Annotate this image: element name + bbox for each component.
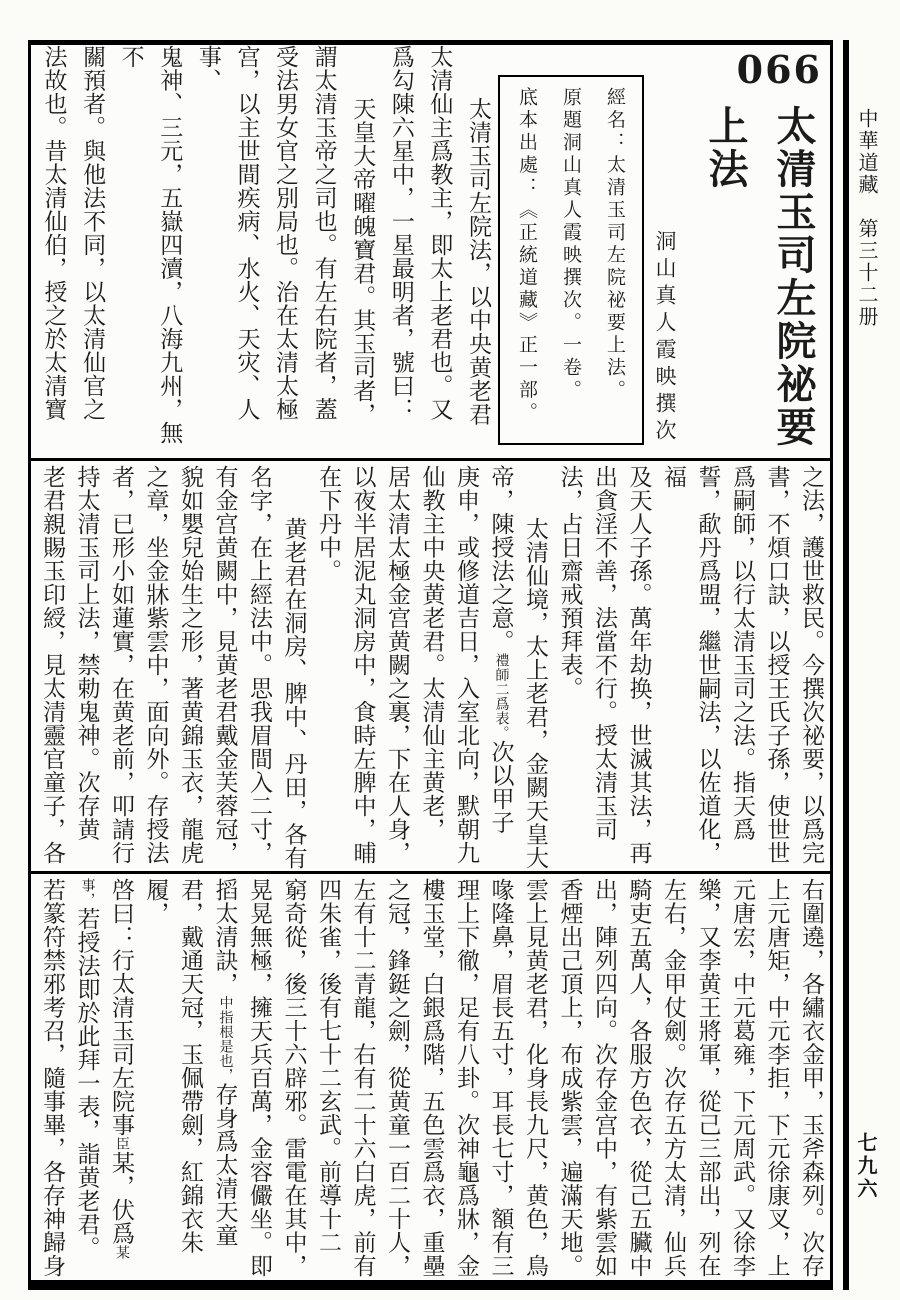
text-column: 之章，坐金牀紫雲中，面向外。存授法	[138, 465, 173, 871]
outer-border-bar	[843, 40, 849, 1290]
text-column: 君，戴通天冠，玉佩帶劍，紅錦衣朱履，	[138, 878, 207, 1280]
text-column: 者，已形小如蓮實，在黄老前，叩請行	[104, 465, 139, 871]
page-frame: 066 太清玉司左院祕要 上法 洞山真人霞映撰次 經名：太清玉司左院祕要上法。 …	[28, 40, 833, 1290]
text-column: 之冠，鋒鋌之劍，從黄童一百二十人，	[380, 878, 415, 1280]
text-column: 爲嗣師，以行太清玉司之法。指天爲	[725, 465, 760, 871]
text-column: 中。夜半至早時，黄老君在洞房，午時	[33, 878, 35, 1280]
text-column: 啓曰：行太清玉司左院事臣某，伏爲某	[104, 878, 139, 1280]
text-column: 書，不煩口訣，以授王氏子孫，使世世	[759, 465, 794, 871]
register-bottom: 右圍遶，各繡衣金甲，玉斧森列。次存 上元唐矩，中元李拒，下元徐康叉，上 元唐宏，…	[31, 871, 830, 1280]
text-column: 受法男女官之別局也。治在太清太極	[265, 45, 304, 458]
text-column: 太清玉司左院法，以中央黄老君	[458, 45, 497, 458]
colophon-content: 經名：太清玉司左院祕要上法。 原題洞山真人霞映撰次。一卷。 底本出處：《正統道藏…	[504, 87, 636, 439]
text-column: 晃晃無極，擁天兵百萬，金容儼坐。即	[242, 878, 277, 1280]
text-column: 誓，歃丹爲盟，繼世嗣法，以佐道化，福	[656, 465, 725, 871]
text-column: 出貪淫不善，法當不行。授太清玉司	[587, 465, 622, 871]
text-column: 搯太清訣，中指根是也，存身爲太清天童	[207, 878, 242, 1280]
text-column: 右圍遶，各繡衣金甲，玉斧森列。次存	[794, 878, 829, 1280]
text-column: 若篆符禁邪考召，隨事畢，各存神歸身	[35, 878, 70, 1280]
text-column: 樓玉堂，白銀爲階，五色雲爲衣，重壘	[414, 878, 449, 1280]
text-column: 關預者。與他法不同，以太清仙官之	[72, 45, 111, 458]
text-column: 之法，護世救民。今撰次祕要，以爲完	[794, 465, 829, 871]
text-column: 理上下徹，足有八卦。次神龜爲牀，金	[449, 878, 484, 1280]
text-column: 貌如嬰兒始生之形，著黄錦玉衣，龍虎	[173, 465, 208, 871]
text-column: 雲上見黄老君，化身長九尺，黄色，鳥	[518, 878, 553, 1280]
text-column: 元唐宏，中元葛雍，下元周武。又徐李	[725, 878, 760, 1280]
text-column: 老君親賜玉印綬，見太清靈官童子，各	[35, 465, 70, 871]
byline: 洞山真人霞映撰次	[650, 230, 680, 446]
text-column: 黄老君在洞房、脾中、丹田，各有	[276, 465, 311, 871]
colophon-line: 經名：太清玉司左院祕要上法。	[592, 87, 636, 439]
text-column: 出，陣列四向。次存金宫中，有紫雲如	[587, 878, 622, 1280]
text-column: 香煙出己頂上，布成紫雲，遍滿天地。	[552, 878, 587, 1280]
text-column: 窮奇從，後三十六辟邪。雷電在其中，	[276, 878, 311, 1280]
text-column: 爲勾陳六星中，一星最明者，號曰：	[381, 45, 420, 458]
text-column: 謂太清玉帝之司也。有左右院者，蓋	[304, 45, 343, 458]
text-column: 左右，金甲仗劍。次存五方太清，仙兵	[656, 878, 691, 1280]
text-column: 有金宫黄闕中，見黄老君戴金芙蓉冠，	[207, 465, 242, 871]
text-column: 法故也。昔太清仙伯，授之於太清寶	[34, 45, 73, 458]
text-column: 四朱雀，後有七十二玄武。前導十二	[311, 878, 346, 1280]
page-title-line1: 太清玉司左院祕要	[765, 105, 822, 449]
text-column: 太清仙境，太上老君，金闕天皇大	[518, 465, 553, 871]
text-column: 事，若授法即於此拜一表，詣黄老君。	[69, 878, 104, 1280]
inline-annotation: 某	[114, 1245, 129, 1260]
text-column: 天皇大帝曜魄寶君。其玉司者，	[343, 45, 382, 458]
text-column: 樂，又李黄王將軍，從己三部出，列在	[690, 878, 725, 1280]
text-column: 一千二百人，赫然自眉間躍出，在己左	[33, 465, 35, 871]
text-column: 及天人子孫。萬年劫换，世滅其法，再	[621, 465, 656, 871]
folio-number: 七九六	[851, 1132, 880, 1201]
inline-annotation: 中指根是也，	[218, 996, 233, 1083]
colophon-box: 經名：太清玉司左院祕要上法。 原題洞山真人霞映撰次。一卷。 底本出處：《正統道藏…	[498, 75, 644, 445]
text-column: 左有十二青龍，右有二十六白虎，前有	[345, 878, 380, 1280]
text-columns-top: 太清玉司左院法，以中央黄老君 太清仙主爲教主，即太上老君也。又 爲勾陳六星中，一…	[33, 45, 497, 458]
register-middle: 之法，護世救民。今撰次祕要，以爲完 書，不煩口訣，以授王氏子孫，使世世 爲嗣師，…	[31, 458, 830, 871]
inline-annotation: 臣	[114, 1137, 129, 1152]
text-column: 居太清太極金宫黄闕之裏，下在人身，	[380, 465, 415, 871]
text-column: 喙隆鼻，眉長五寸，耳長七寸，額有三	[483, 878, 518, 1280]
collection-volume-label: 中華道藏 第三十二册	[852, 108, 881, 328]
colophon-line: 原題洞山真人霞映撰次。一卷。	[548, 87, 592, 439]
text-column: 貞。太清寶貞，以授東華王真人，道成	[33, 45, 34, 458]
text-columns-bottom: 右圍遶，各繡衣金甲，玉斧森列。次存 上元唐矩，中元李拒，下元徐康叉，上 元唐宏，…	[33, 874, 828, 1280]
text-column: 騎吏五萬人，各服方色衣，從己五臟中	[621, 878, 656, 1280]
register-top: 066 太清玉司左院祕要 上法 洞山真人霞映撰次 經名：太清玉司左院祕要上法。 …	[31, 45, 830, 458]
text-column: 宫，以主世間疾病、水火、天灾、人事、	[188, 45, 265, 458]
inline-annotation: 事，	[80, 878, 95, 907]
text-column: 鬼神、三元，五嶽四瀆，八海九州，無不	[111, 45, 188, 458]
text-column: 持太清玉司上法，禁勅鬼神。次存黄	[69, 465, 104, 871]
colophon-line: 底本出處：《正統道藏》正一部。	[504, 87, 548, 439]
text-column: 在下丹中。	[311, 465, 346, 871]
text-column: 帝，陳授法之意。禮師二爲表。次以甲子	[483, 465, 518, 871]
page-title-line2: 上法	[697, 105, 754, 191]
text-column: 以夜半居泥丸洞房中，食時左脾中，晡	[345, 465, 380, 871]
text-column: 名字，在上經法中。思我眉間入二寸，	[242, 465, 277, 871]
text-column: 庚申，或修道吉日，入室北向，默朝九	[449, 465, 484, 871]
text-column: 仙教主中央黄老君。太清仙主黄老，	[414, 465, 449, 871]
inline-annotation: 禮師二爲表。	[494, 653, 509, 740]
text-column: 太清仙主爲教主，即太上老君也。又	[420, 45, 459, 458]
text-columns-middle: 之法，護世救民。今撰次祕要，以爲完 書，不煩口訣，以授王氏子孫，使世世 爲嗣師，…	[33, 461, 828, 871]
text-column: 上元唐矩，中元李拒，下元徐康叉，上	[759, 878, 794, 1280]
scripture-serial-number: 066	[737, 47, 822, 92]
text-column: 法，占日齋戒預拜表。	[552, 465, 587, 871]
